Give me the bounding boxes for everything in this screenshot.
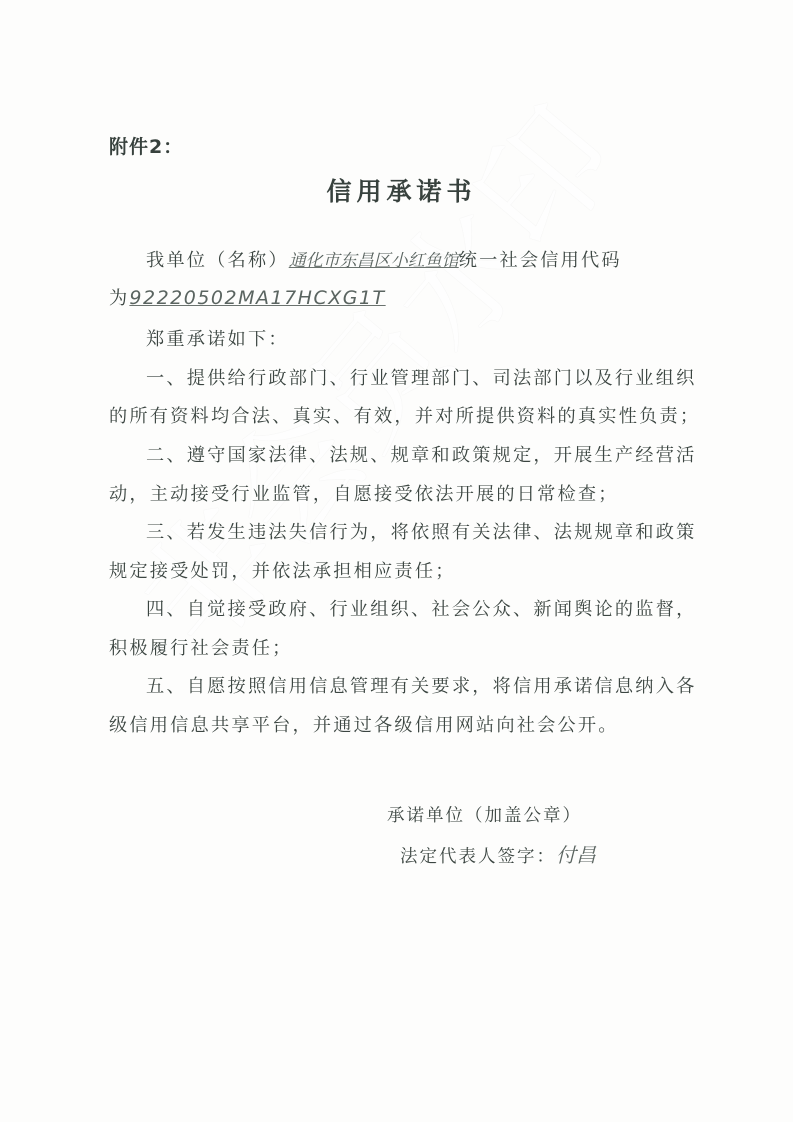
- unit-seal-label: 承诺单位（加盖公章）: [387, 802, 582, 827]
- item-1-line-1: 一、提供给行政部门、行业管理部门、司法部门以及行业组织: [146, 364, 696, 390]
- item-4-line-2: 积极履行社会责任；: [109, 634, 293, 660]
- unit-name-handwritten: 通化市东昌区小红鱼馆: [289, 251, 459, 271]
- rep-signature: 付昌: [556, 843, 596, 867]
- intro-line-1: 我单位（名称）通化市东昌区小红鱼馆统一社会信用代码: [146, 246, 622, 272]
- item-2-line-1: 二、遵守国家法律、法规、规章和政策规定，开展生产经营活: [146, 441, 696, 467]
- item-2-line-2: 动，主动接受行业监管，自愿接受依法开展的日常检查；: [109, 480, 619, 506]
- item-4-line-1: 四、自觉接受政府、行业组织、社会公众、新闻舆论的监督，: [146, 595, 696, 621]
- intro-prefix: 我单位（名称）: [146, 250, 289, 271]
- item-5-line-2: 级信用信息共享平台，并通过各级信用网站向社会公开。: [109, 711, 619, 737]
- credit-code-handwritten: 92220502MA17HCXG1T: [129, 287, 385, 309]
- item-3-line-1: 三、若发生违法失信行为，将依照有关法律、法规规章和政策: [146, 518, 696, 544]
- document-page: 非会员水印 附件2： 信用承诺书 我单位（名称）通化市东昌区小红鱼馆统一社会信用…: [0, 0, 793, 1122]
- item-3-line-2: 规定接受处罚，并依法承担相应责任；: [109, 557, 456, 583]
- rep-label: 法定代表人签字：: [400, 847, 556, 867]
- item-5-line-1: 五、自愿按照信用信息管理有关要求，将信用承诺信息纳入各: [146, 672, 696, 698]
- item-1-line-2: 的所有资料均合法、真实、有效，并对所提供资料的真实性负责；: [109, 402, 700, 428]
- rep-signature-line: 法定代表人签字：付昌: [400, 839, 596, 868]
- lead-text: 郑重承诺如下：: [146, 325, 289, 351]
- attachment-label: 附件2：: [109, 132, 183, 159]
- intro-line-2: 为92220502MA17HCXG1T: [109, 284, 386, 310]
- code-prefix: 为: [109, 288, 129, 309]
- intro-mid: 统一社会信用代码: [459, 250, 622, 271]
- document-title: 信用承诺书: [0, 172, 793, 208]
